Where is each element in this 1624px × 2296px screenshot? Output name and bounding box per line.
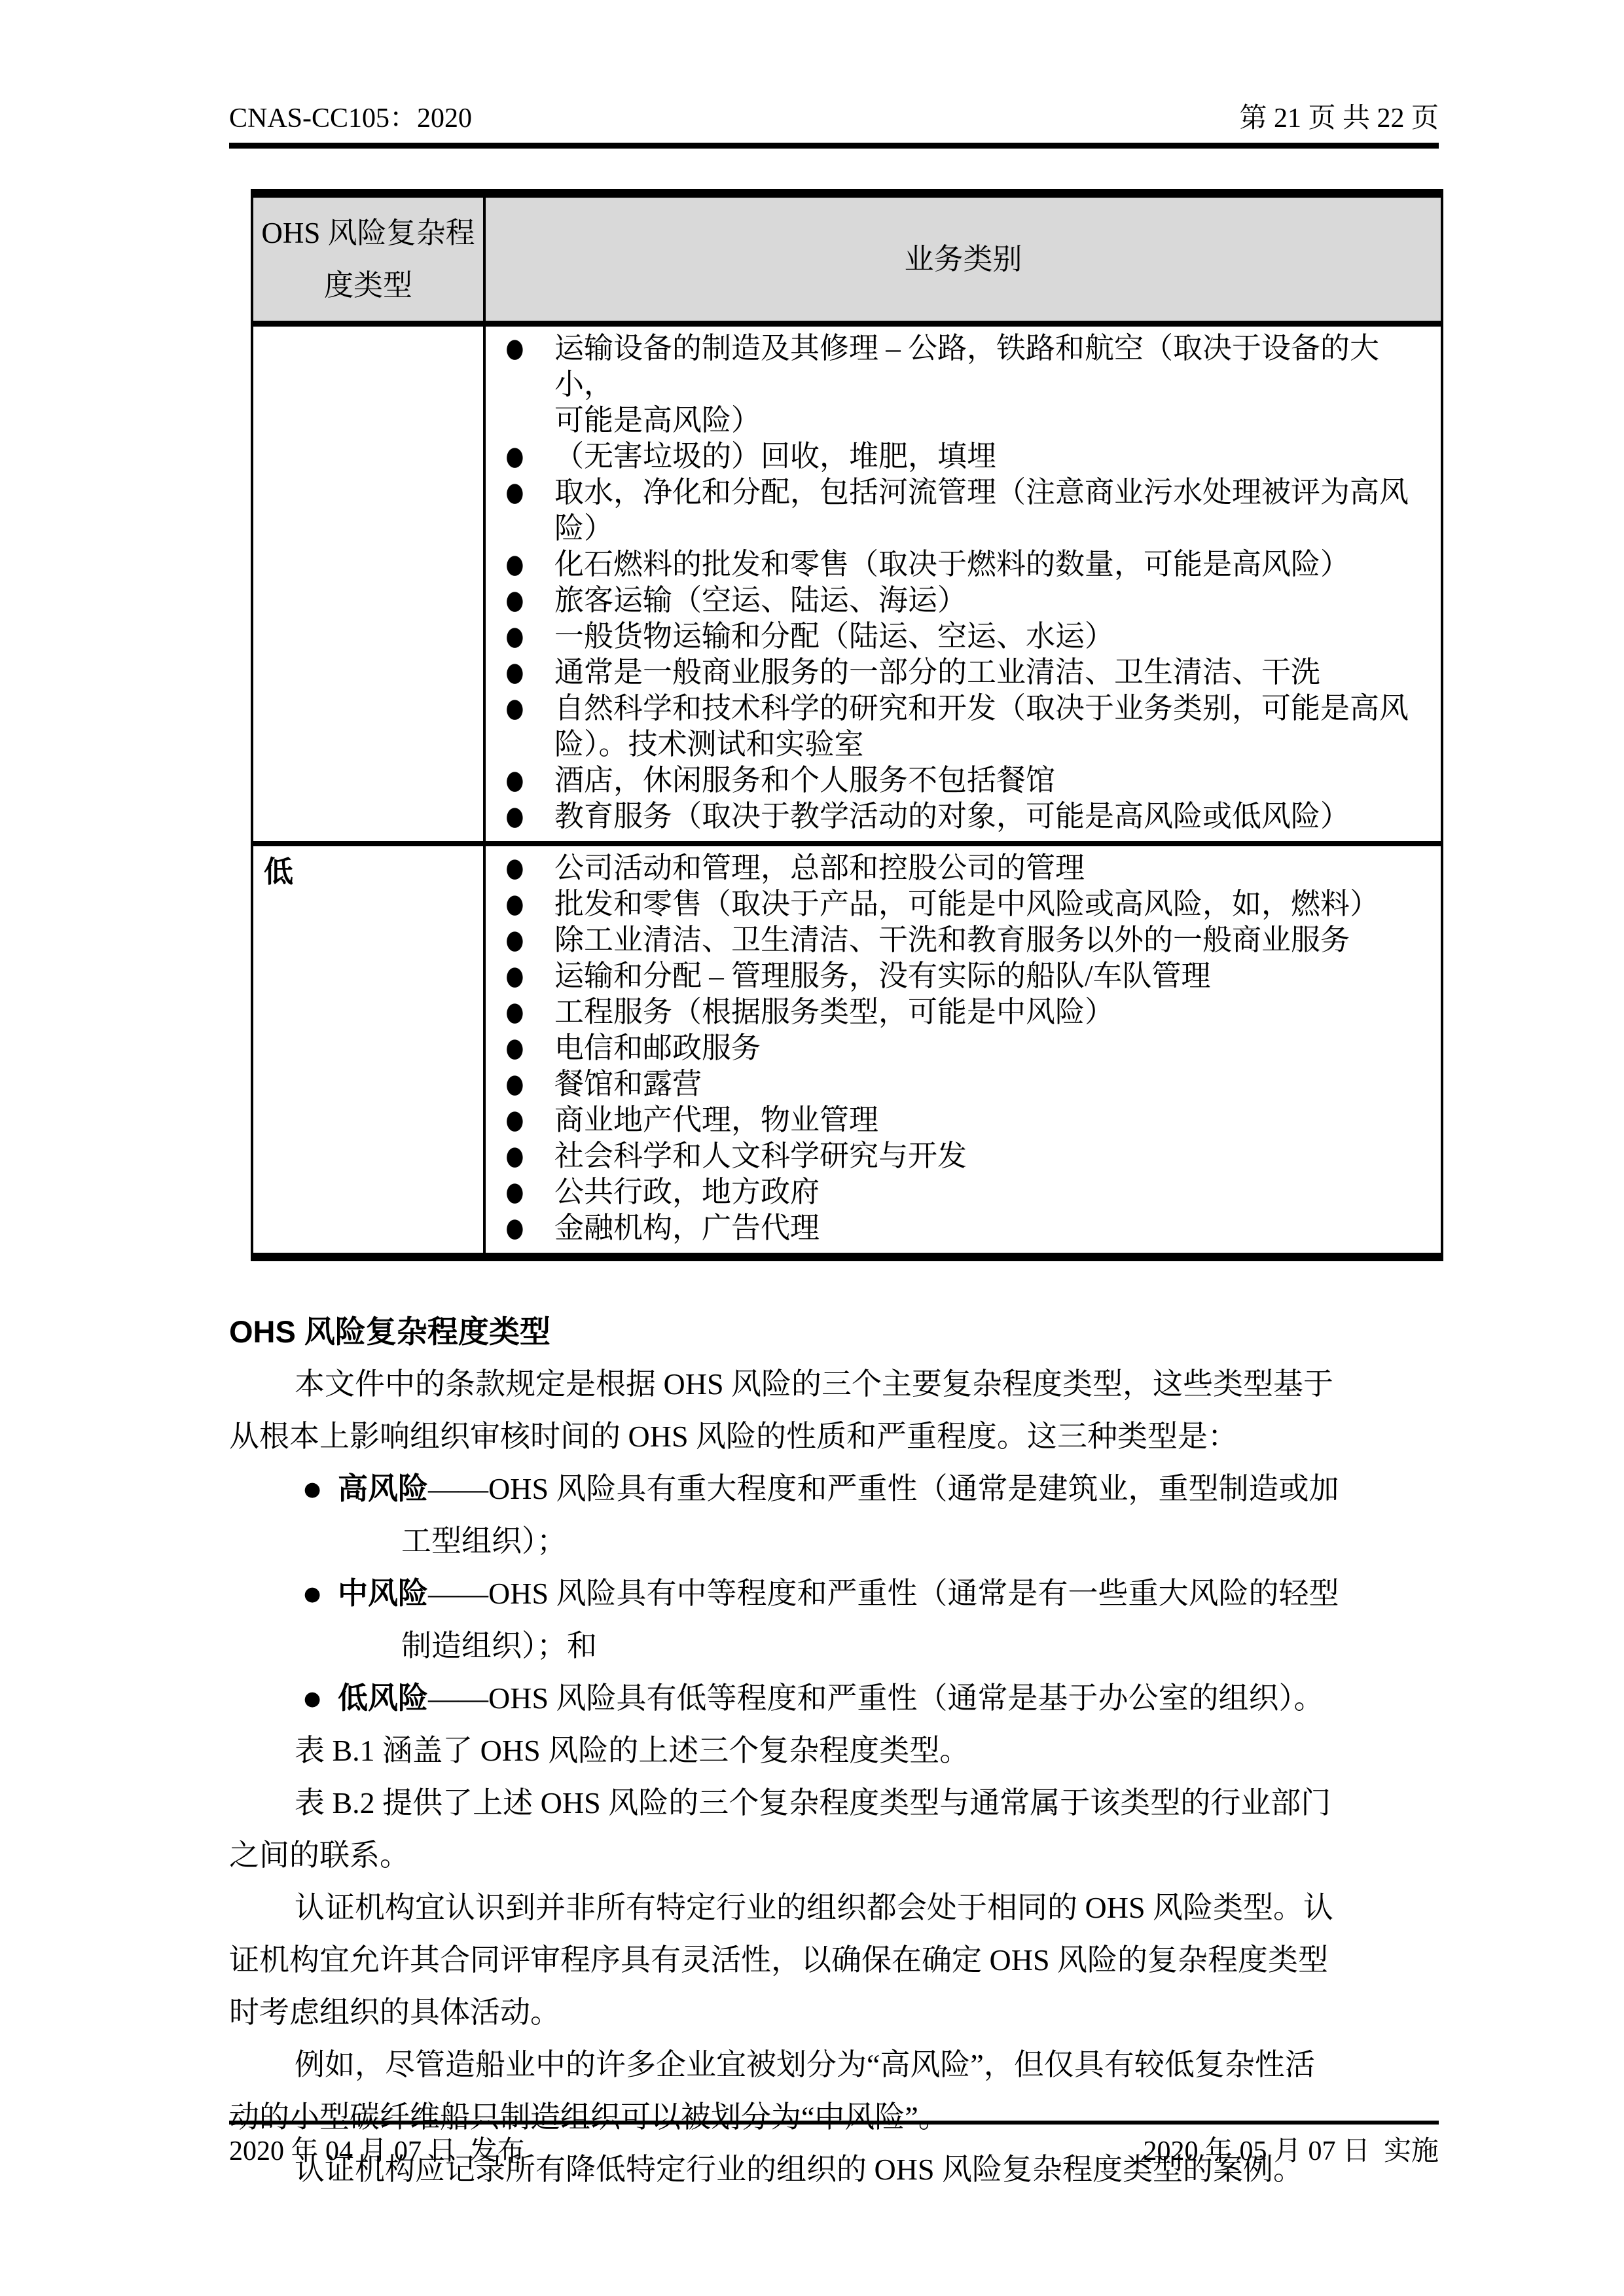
page-header: CNAS-CC105：2020 第 21 页 共 22 页 xyxy=(229,0,1439,134)
doc-code: CNAS-CC105：2020 xyxy=(229,103,472,134)
bullet-icon: ● xyxy=(505,547,524,583)
risk-term: 高风险 xyxy=(338,1472,428,1505)
list-item: ●教育服务（取决于教学活动的对象，可能是高风险或低风险） xyxy=(486,798,1432,834)
list-item-text: 餐馆和露营 xyxy=(554,1067,702,1100)
bullet-icon: ● xyxy=(505,798,524,834)
risk-bullet-item: ●高风险——OHS 风险具有重大程度和严重性（通常是建筑业，重型制造或加 工型组… xyxy=(229,1463,1439,1568)
bullet-icon: ● xyxy=(505,691,524,726)
list-item-text: 运输设备的制造及其修理 – 公路，铁路和航空（取决于设备的大小， 可能是高风险） xyxy=(554,332,1379,437)
business-items-cell: ●公司活动和管理，总部和控股公司的管理 ●批发和零售（取决于产品，可能是中风险或… xyxy=(484,844,1442,1257)
bullet-icon: ● xyxy=(505,958,524,994)
list-item: ●运输和分配 – 管理服务，没有实际的船队/车队管理 xyxy=(486,958,1432,994)
list-item-text: 酒店，休闲服务和个人服务不包括餐馆 xyxy=(554,764,1055,797)
paragraph: 本文件中的条款规定是根据 OHS 风险的三个主要复杂程度类型，这些类型基于 从根… xyxy=(229,1358,1439,1463)
table-header-business-category: 业务类别 xyxy=(484,194,1442,324)
list-item: ●（无害垃圾的）回收，堆肥，填埋 xyxy=(486,439,1432,475)
list-item: ●取水，净化和分配，包括河流管理（注意商业污水处理被评为高风险） xyxy=(486,475,1432,547)
risk-definition: ——OHS 风险具有重大程度和严重性（通常是建筑业，重型制造或加 工型组织）； xyxy=(401,1472,1339,1558)
list-item-text: 化石燃料的批发和零售（取决于燃料的数量，可能是高风险） xyxy=(554,548,1350,581)
risk-term: 低风险 xyxy=(338,1681,428,1715)
table-header-risk-type: OHS 风险复杂程 度类型 xyxy=(252,194,484,324)
bullet-icon: ● xyxy=(505,922,524,958)
bullet-icon: ● xyxy=(505,1210,524,1246)
business-items-cell: ●运输设备的制造及其修理 – 公路，铁路和航空（取决于设备的大小， 可能是高风险… xyxy=(484,324,1442,844)
list-item-text: 工程服务（根据服务类型，可能是中风险） xyxy=(554,996,1114,1028)
paragraph: 认证机构宜认识到并非所有特定行业的组织都会处于相同的 OHS 风险类型。认 证机… xyxy=(229,1882,1439,2039)
bullet-icon: ● xyxy=(505,1030,524,1066)
bullet-icon: ● xyxy=(505,1138,524,1174)
list-item: ●运输设备的制造及其修理 – 公路，铁路和航空（取决于设备的大小， 可能是高风险… xyxy=(486,331,1432,439)
list-item-text: 除工业清洁、卫生清洁、干洗和教育服务以外的一般商业服务 xyxy=(554,924,1350,956)
list-item: ●除工业清洁、卫生清洁、干洗和教育服务以外的一般商业服务 xyxy=(486,922,1432,958)
list-item-text: 金融机构，广告代理 xyxy=(554,1211,820,1244)
list-item-text: 公司活动和管理，总部和控股公司的管理 xyxy=(554,852,1085,884)
list-item: ●批发和零售（取决于产品，可能是中风险或高风险，如，燃料） xyxy=(486,886,1432,922)
footer-implementation-date: 2020 年 05 月 07 日 实施 xyxy=(1143,2135,1439,2168)
footer-release-date: 2020 年 04 月 07 日 发布 xyxy=(229,2135,525,2168)
bullet-icon: ● xyxy=(505,994,524,1030)
bullet-icon: ● xyxy=(505,1174,524,1210)
ohs-risk-section: OHS 风险复杂程度类型 本文件中的条款规定是根据 OHS 风险的三个主要复杂程… xyxy=(229,1306,1439,2196)
bullet-icon: ● xyxy=(505,655,524,691)
list-item: ●社会科学和人文科学研究与开发 xyxy=(486,1138,1432,1174)
ohs-risk-table: OHS 风险复杂程 度类型 业务类别 ●运输设备的制造及其修理 – 公路，铁路和… xyxy=(251,189,1443,1261)
list-item: ●一般货物运输和分配（陆运、空运、水运） xyxy=(486,619,1432,655)
bullet-icon: ● xyxy=(505,331,524,367)
bullet-icon: ● xyxy=(505,1066,524,1102)
list-item: ●通常是一般商业服务的一部分的工业清洁、卫生清洁、干洗 xyxy=(486,655,1432,691)
list-item: ●商业地产代理，物业管理 xyxy=(486,1102,1432,1138)
list-item: ●餐馆和露营 xyxy=(486,1066,1432,1102)
list-item: ●金融机构，广告代理 xyxy=(486,1210,1432,1246)
document-page: CNAS-CC105：2020 第 21 页 共 22 页 OHS 风险复杂程 … xyxy=(0,0,1624,2296)
list-item: ●工程服务（根据服务类型，可能是中风险） xyxy=(486,994,1432,1030)
list-item-text: 教育服务（取决于教学活动的对象，可能是高风险或低风险） xyxy=(554,800,1350,833)
bullet-icon: ● xyxy=(505,850,524,886)
list-item-text: 公共行政，地方政府 xyxy=(554,1175,820,1208)
risk-level-cell-low: 低 xyxy=(252,844,484,1257)
list-item: ●公司活动和管理，总部和控股公司的管理 xyxy=(486,850,1432,886)
list-item-text: 一般货物运输和分配（陆运、空运、水运） xyxy=(554,620,1114,653)
bullet-icon: ● xyxy=(505,762,524,798)
header-rule xyxy=(229,143,1439,149)
list-item: ●自然科学和技术科学的研究和开发（取决于业务类别，可能是高风 险）。技术测试和实… xyxy=(486,691,1432,762)
list-item: ●化石燃料的批发和零售（取决于燃料的数量，可能是高风险） xyxy=(486,547,1432,583)
risk-definition: ——OHS 风险具有低等程度和严重性（通常是基于办公室的组织）。 xyxy=(428,1681,1324,1715)
list-item-text: 取水，净化和分配，包括河流管理（注意商业污水处理被评为高风险） xyxy=(554,476,1409,545)
risk-bullet-item: ●中风险——OHS 风险具有中等程度和严重性（通常是有一些重大风险的轻型 制造组… xyxy=(229,1568,1439,1672)
list-item: ●公共行政，地方政府 xyxy=(486,1174,1432,1210)
bullet-icon: ● xyxy=(505,886,524,922)
bullet-icon: ● xyxy=(304,1568,321,1621)
list-item-text: 旅客运输（空运、陆运、海运） xyxy=(554,584,967,617)
list-item-text: 社会科学和人文科学研究与开发 xyxy=(554,1139,967,1172)
list-item-text: 通常是一般商业服务的一部分的工业清洁、卫生清洁、干洗 xyxy=(554,656,1320,689)
bullet-icon: ● xyxy=(505,583,524,619)
paragraph: 表 B.1 涵盖了 OHS 风险的上述三个复杂程度类型。 xyxy=(229,1725,1439,1777)
bullet-icon: ● xyxy=(505,1102,524,1138)
list-item: ●电信和邮政服务 xyxy=(486,1030,1432,1066)
page-number: 第 21 页 共 22 页 xyxy=(1239,103,1439,134)
list-item-text: 批发和零售（取决于产品，可能是中风险或高风险，如，燃料） xyxy=(554,888,1379,920)
table-row: 低 ●公司活动和管理，总部和控股公司的管理 ●批发和零售（取决于产品，可能是中风… xyxy=(252,844,1442,1257)
section-heading: OHS 风险复杂程度类型 xyxy=(229,1306,1439,1358)
risk-definition: ——OHS 风险具有中等程度和严重性（通常是有一些重大风险的轻型 制造组织）；和 xyxy=(401,1577,1339,1662)
table-row: ●运输设备的制造及其修理 – 公路，铁路和航空（取决于设备的大小， 可能是高风险… xyxy=(252,324,1442,844)
page-footer: 2020 年 04 月 07 日 发布 2020 年 05 月 07 日 实施 xyxy=(229,2121,1439,2168)
list-item-text: （无害垃圾的）回收，堆肥，填埋 xyxy=(554,440,996,473)
list-item: ●旅客运输（空运、陆运、海运） xyxy=(486,583,1432,619)
list-item-text: 商业地产代理，物业管理 xyxy=(554,1103,878,1136)
list-item-text: 电信和邮政服务 xyxy=(554,1031,761,1064)
risk-term: 中风险 xyxy=(338,1577,428,1610)
paragraph: 表 B.2 提供了上述 OHS 风险的三个复杂程度类型与通常属于该类型的行业部门… xyxy=(229,1777,1439,1882)
risk-level-cell-empty xyxy=(252,324,484,844)
bullet-icon: ● xyxy=(304,1673,321,1725)
bullet-icon: ● xyxy=(505,619,524,655)
list-item-text: 运输和分配 – 管理服务，没有实际的船队/车队管理 xyxy=(554,960,1211,992)
bullet-icon: ● xyxy=(505,475,524,511)
bullet-icon: ● xyxy=(304,1463,321,1516)
bullet-icon: ● xyxy=(505,439,524,475)
risk-bullet-item: ●低风险——OHS 风险具有低等程度和严重性（通常是基于办公室的组织）。 xyxy=(229,1672,1439,1725)
list-item-text: 自然科学和技术科学的研究和开发（取决于业务类别，可能是高风 险）。技术测试和实验… xyxy=(554,692,1409,761)
list-item: ●酒店，休闲服务和个人服务不包括餐馆 xyxy=(486,762,1432,798)
